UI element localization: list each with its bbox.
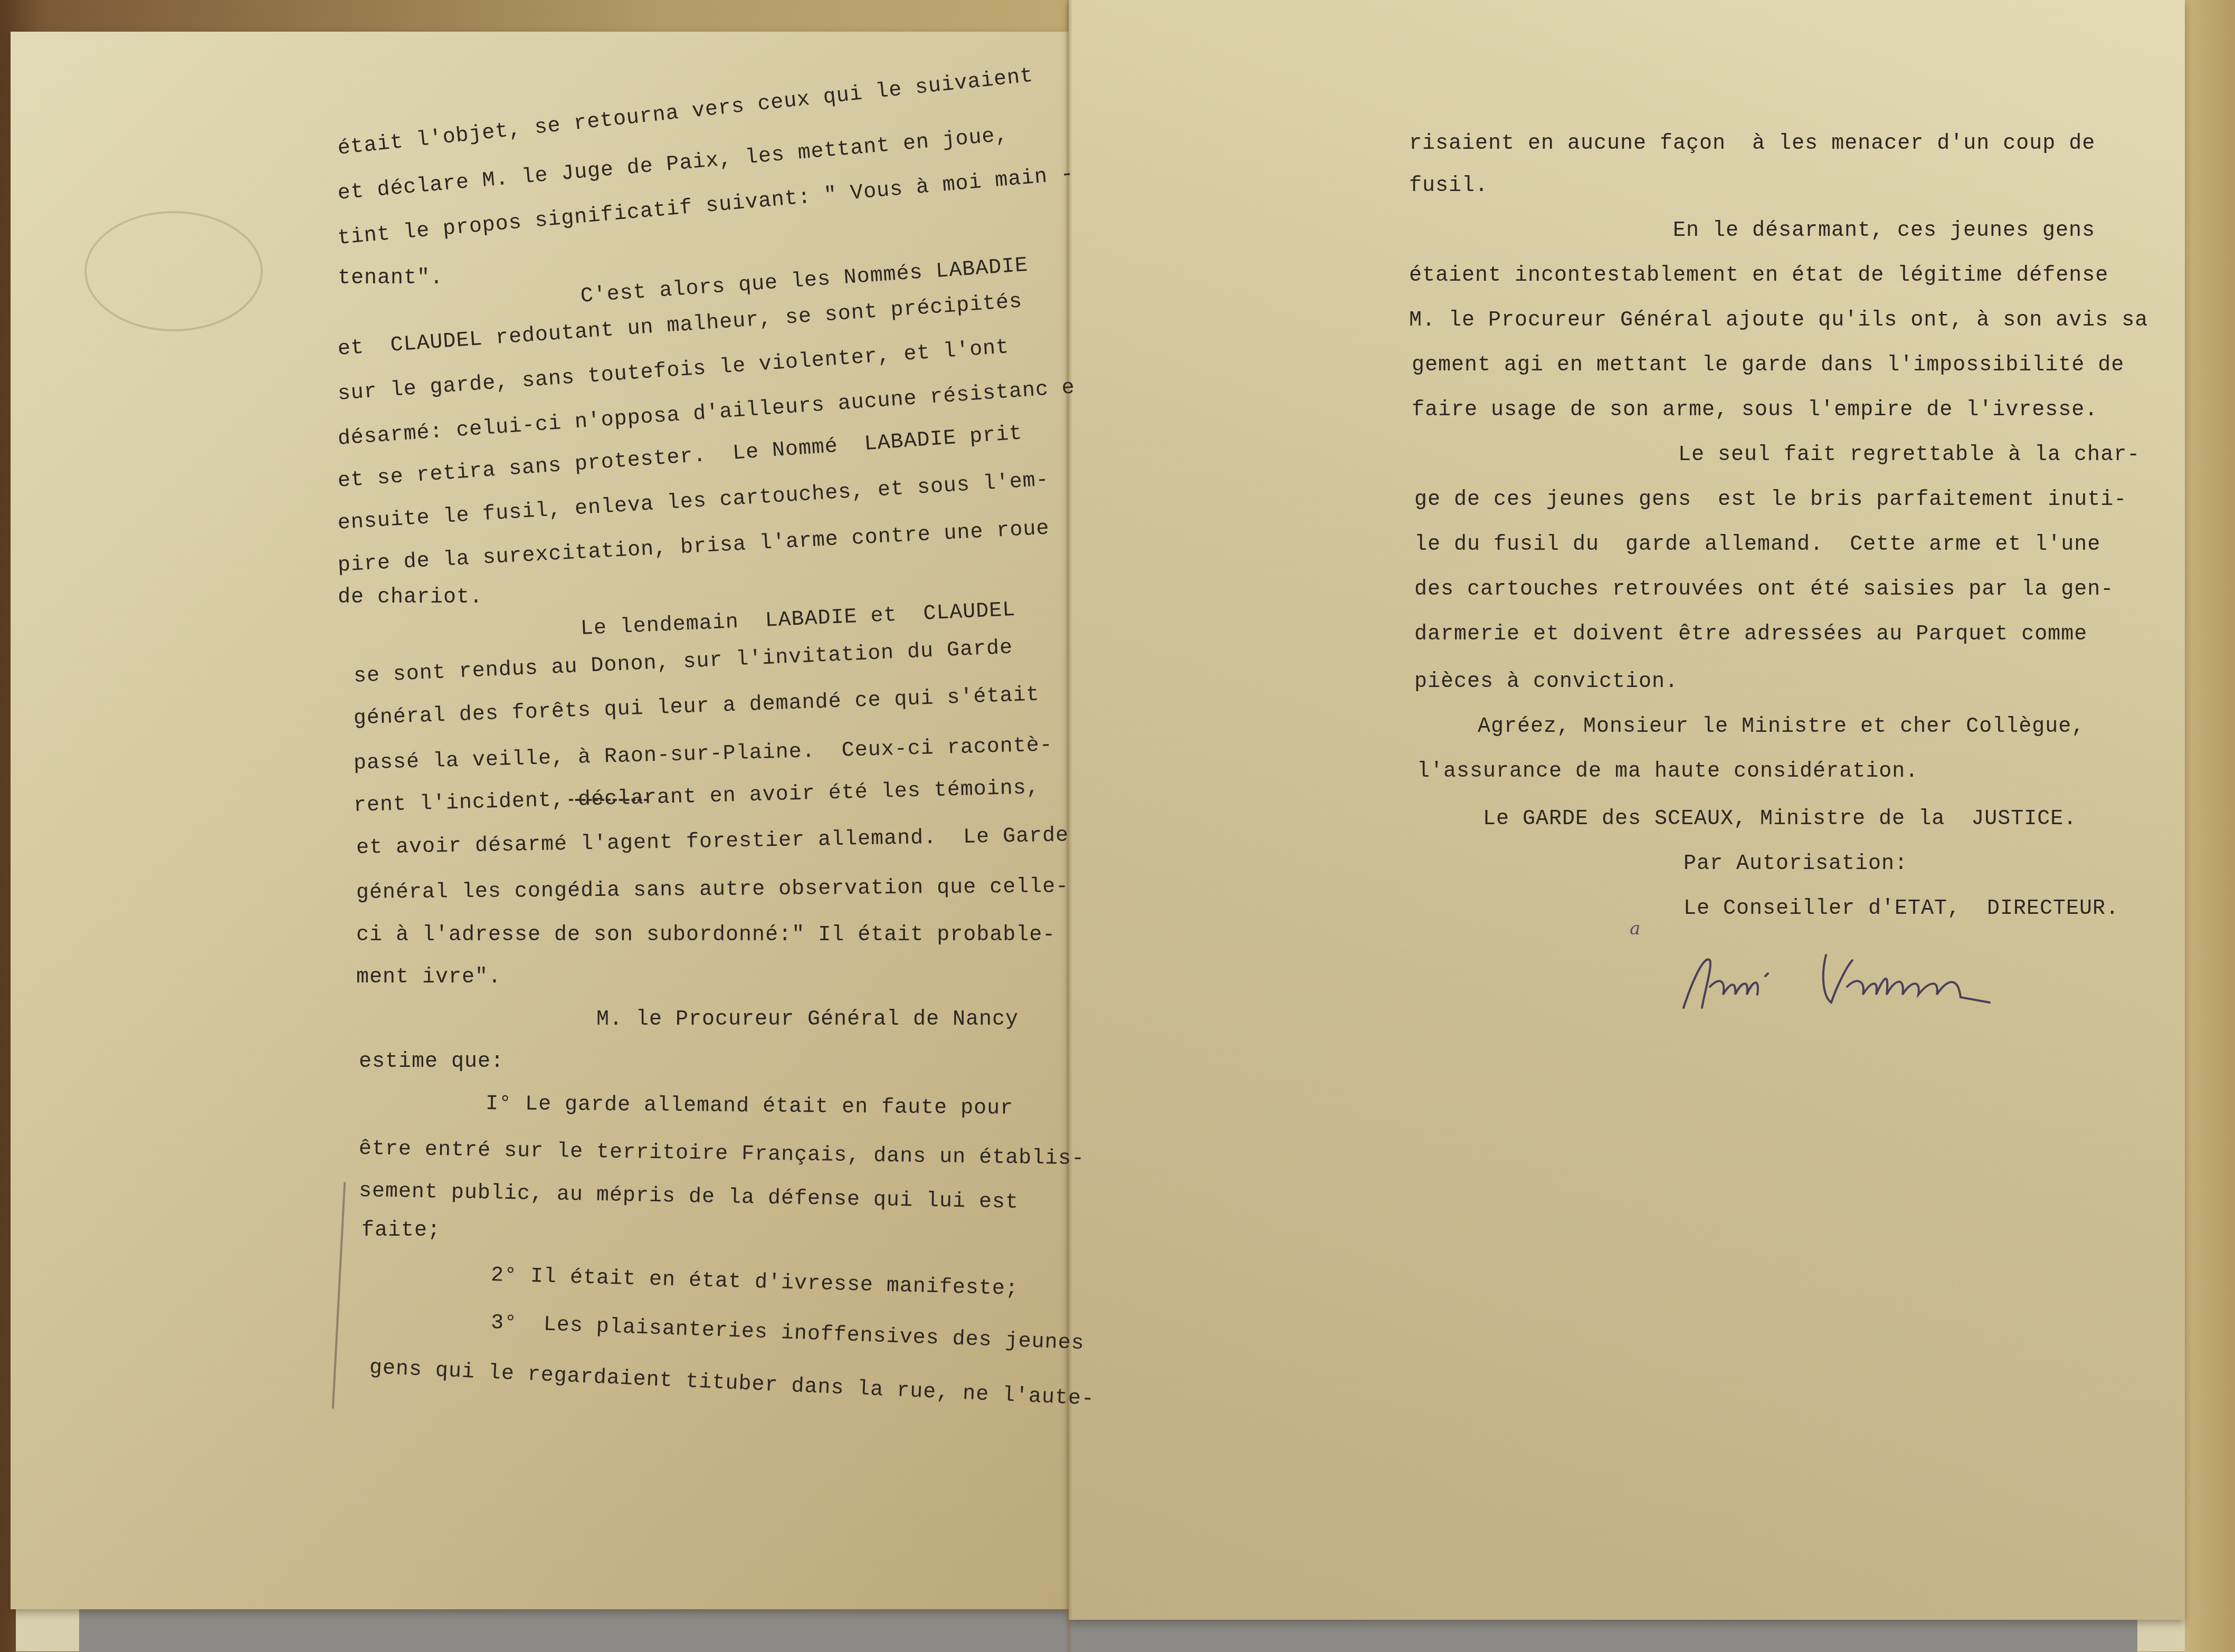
text-line: tenant".	[338, 266, 443, 290]
text-line: passé la veille, à Raon-sur-Plaine. Ceux…	[353, 733, 1053, 776]
text-line: étaient incontestablement en état de lég…	[1409, 264, 2108, 288]
text-line: faire usage de son arme, sous l'empire d…	[1412, 398, 2098, 422]
text-line: gens qui le regardaient tituber dans la …	[369, 1356, 1095, 1411]
text-line: Le GARDE des SCEAUX, Ministre de la JUST…	[1483, 807, 2077, 831]
text-line: M. le Procureur Général ajoute qu'ils on…	[1409, 309, 2148, 332]
text-line: rent l'incident, déclarant en avoir été …	[353, 776, 1040, 818]
left-page-text: était l'objet, se retourna vers ceux qui…	[338, 137, 1055, 1509]
text-line: ge de ces jeunes gens est le bris parfai…	[1414, 488, 2127, 512]
text-line: Le seul fait regrettable à la char-	[1678, 443, 2140, 467]
text-line: Agréez, Monsieur le Ministre et cher Col…	[1478, 715, 2085, 739]
text-line: général des forêts qui leur a demandé ce…	[353, 683, 1040, 731]
text-line: 3° Les plaisanteries inoffensives des je…	[490, 1311, 1085, 1355]
text-line: fusil.	[1409, 174, 1488, 198]
text-line: général les congédia sans autre observat…	[356, 875, 1069, 905]
text-line: Le Conseiller d'ETAT, DIRECTEUR.	[1684, 897, 2119, 921]
text-line: des cartouches retrouvées ont été saisie…	[1414, 578, 2114, 601]
text-line: faite;	[362, 1219, 441, 1243]
text-line: et avoir désarmé l'agent forestier allem…	[356, 824, 1069, 860]
text-line: de chariot.	[338, 586, 483, 609]
text-line: I° Le garde allemand était en faute pour	[486, 1092, 1014, 1121]
faint-stamp-impression	[84, 211, 263, 331]
text-line: 2° Il était en état d'ivresse manifeste;	[490, 1264, 1019, 1301]
handwritten-signature	[1673, 944, 2095, 1018]
text-line: pièces à conviction.	[1414, 670, 1678, 694]
text-line: être entré sur le territoire Français, d…	[359, 1137, 1085, 1171]
text-line: Par Autorisation:	[1684, 852, 1908, 876]
margin-mark: a	[1630, 918, 1640, 939]
text-line: le du fusil du garde allemand. Cette arm…	[1414, 533, 2100, 557]
text-line: ci à l'adresse de son subordonné:" Il ét…	[356, 923, 1055, 947]
text-line: Le lendemain LABADIE et CLAUDEL	[580, 598, 1016, 641]
text-line: estime que:	[359, 1050, 504, 1074]
text-line: En le désarmant, ces jeunes gens	[1673, 219, 2095, 243]
text-line: risaient en aucune façon à les menacer d…	[1409, 132, 2095, 156]
right-page-text: risaient en aucune façon à les menacer d…	[1409, 132, 2201, 1055]
text-line: ment ivre".	[356, 966, 501, 989]
text-line: M. le Procureur Général de Nancy	[596, 1008, 1019, 1032]
text-line: darmerie et doivent être adressées au Pa…	[1414, 623, 2087, 646]
text-line: sement public, au mépris de la défense q…	[359, 1179, 1019, 1215]
text-line: l'assurance de ma haute considération.	[1417, 760, 1918, 784]
text-line: gement agi en mettant le garde dans l'im…	[1412, 354, 2124, 377]
text-line: se sont rendus au Donon, sur l'invitatio…	[353, 636, 1013, 688]
